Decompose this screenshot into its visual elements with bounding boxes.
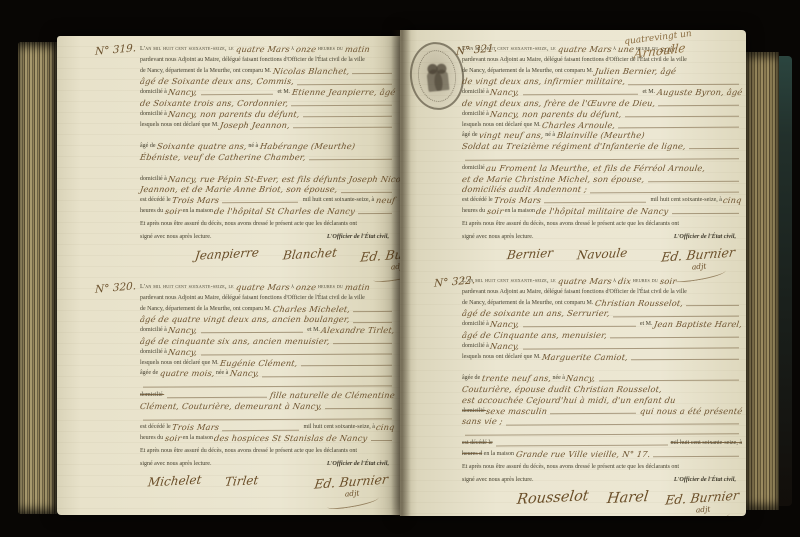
printed-text: L'an mil huit cent soixante-seize, le [140,282,236,293]
handwritten-text: Nancy, rue Pépin St-Ever, est fils défun… [168,174,400,185]
witness-signature: Michelet [147,472,202,489]
blank-rule [293,126,392,129]
printed-text: née à [551,373,567,384]
printed-text: est décédé le [140,195,172,206]
blank-rule [465,158,739,161]
handwritten-text: matin [344,44,370,55]
right-page: quatrevingt un Arnoulle N° 321.L'an mil … [400,30,746,516]
form-line: pardevant nous Adjoint au Maire, délégué… [462,55,742,66]
form-line: domicilié à Nancy, et M. Etienne Jeanpie… [140,87,395,98]
blank-rule [523,325,636,328]
form-line [140,130,395,141]
blank-rule [291,104,392,107]
entry-body: L'an mil huit cent soixante-seize, le qu… [462,276,742,516]
officer-signature: Ed. Burnieradjt [360,244,400,282]
handwritten-text: Blainville (Meurthe) [556,130,645,141]
form-line: Clément, Couturière, demeurant à Nancy, [140,401,395,412]
handwritten-text: sans vie ; [461,416,503,427]
handwritten-text: est accouchée Cejourd'hui à midi, d'un e… [461,395,676,406]
form-line: heures du soir en la maison des hospices… [140,433,395,444]
form-line: âgé de Soixante deux ans, Commis, [140,76,395,87]
handwritten-text: âgé de Soixante deux ans, Commis, [139,76,295,87]
handwritten-text: Grande rue Ville vieille, N° 17. [515,449,651,460]
signature-row: RousselotHarelEd. Burnieradjt [462,490,742,516]
signature-row: MicheletTirletEd. Burnieradjt [140,474,395,507]
handwritten-text: au Froment la Meurthe, et fils de Férréo… [485,163,706,174]
blank-rule [672,212,739,214]
handwritten-text: neuf [375,195,396,206]
handwritten-text: de l'hôpital militaire de Nancy [536,206,670,217]
form-line: heures d en la maison Grande rue Ville v… [462,449,742,460]
printed-text: domicilié à [462,341,490,352]
printed-text: née à [214,368,230,379]
printed-text: pardevant nous Adjoint au Maire, délégué… [140,55,365,66]
handwritten-text: soir [164,433,182,444]
printed-text: domicilié [462,163,486,174]
handwritten-text: Trois Mars [493,195,542,206]
form-line: âgée de trente neuf ans, née à Nancy, [462,373,742,384]
printed-text: heures du [140,433,165,444]
blank-rule [201,331,303,334]
form-line: domicilié sexe masculinqui nous a été pr… [462,406,742,417]
printed-text: domicilié à [140,174,168,185]
printed-text: heures du [140,206,165,217]
blank-rule [297,82,392,84]
closing-row: signé avec nous après lecture.L'Officier… [462,230,742,242]
blank-rule [653,455,739,457]
blank-rule [262,374,392,377]
printed-text: pardevant nous Adjoint au Maire, délégué… [462,287,687,298]
handwritten-text: onze [295,44,317,55]
witness-signature: Navoule [576,245,628,262]
entry-number: N° 320. [95,280,136,296]
form-line: âgé de cinquante six ans, ancien menuisi… [140,336,395,347]
printed-text: heure du [634,44,660,55]
blank-rule [303,115,392,117]
blank-rule [325,407,392,409]
form-line: domicilié à Nancy, [140,347,395,358]
handwritten-text: Alexandre Tirlet, [321,325,396,336]
closing-text: Et après nous être assuré du décès, nous… [140,446,395,456]
handwritten-text: quatre Mars [235,282,290,293]
handwritten-text: quatre Mars [235,44,290,55]
printed-text: L'an mil huit cent soixante-seize, le [462,276,558,287]
printed-text: domicilié [140,390,164,401]
form-line: et de Marie Christine Michel, son épouse… [462,174,742,185]
form-line: L'an mil huit cent soixante-seize, le qu… [462,276,742,287]
handwritten-text: soir [659,276,677,287]
form-line: de Nancy, département de la Meurthe, ont… [140,304,395,315]
printed-text: pardevant nous Adjoint au Maire, délégué… [462,55,687,66]
witness-signature: Bernier [506,245,554,262]
handwritten-text: soir [486,206,504,217]
printed-text: et M. [276,87,292,98]
closing-row: signé avec nous après lecture.L'Officier… [140,457,395,469]
blank-rule [341,191,392,193]
handwritten-text: Nancy, [168,347,199,358]
printed-text: L'an mil huit cent soixante-seize, le [140,44,236,55]
form-line: domicilié à Nancy, et M. Jean Baptiste H… [462,319,742,330]
printed-text: en la maison [503,206,536,217]
signature-row: BernierNavouleEd. Burnieradjt [462,247,742,280]
form-line: âgé de quatre vingt deux ans, ancien bou… [140,314,395,325]
handwritten-text: Nicolas Blanchet, [272,66,350,77]
page-edges-right [746,52,779,510]
printed-text: domicilié à [140,87,168,98]
handwritten-text: Nancy, non parents du défunt, [490,109,623,120]
blank-rule [201,353,392,356]
handwritten-text: âgé de cinquante six ans, ancien menuisi… [139,336,330,347]
printed-text: est décédé le [462,438,493,449]
printed-text: lesquels nous ont déclaré que M. [140,120,220,131]
blank-rule [496,444,668,447]
printed-text: en la maison [482,449,515,460]
blank-rule [689,147,739,149]
handwritten-text: Jeannon, et de Marie Anne Briot, son épo… [139,184,338,195]
form-line: de Nancy, département de la Meurthe, ont… [462,66,742,77]
handwritten-text: quatre Mars [557,44,612,55]
handwritten-text: cinq [723,195,743,206]
blank-rule [648,180,739,182]
closing-text: signé avec nous après lecture. [140,232,211,242]
form-line [140,379,395,390]
printed-text: est décédé le [462,195,494,206]
handwritten-text: onze [295,282,317,293]
closing-text: signé avec nous après lecture. [462,475,533,485]
handwritten-text: de Soixante trois ans, Cordonnier, [139,98,289,109]
handwritten-text: Soldat au Treizième régiment d'Infanteri… [461,141,686,152]
handwritten-text: matin [344,282,370,293]
form-line: de vingt deux ans, frère de l'Œuvre de D… [462,98,742,109]
handwritten-text: Soixante quatre ans, [156,141,247,152]
form-line: de Nancy, département de la Meurthe, ont… [140,66,395,77]
handwritten-text: Etienne Jeanpierre, âgé [291,87,396,98]
officer-signature: Ed. Burnieradjt [665,487,741,516]
death-record-entry-320: N° 320.L'an mil huit cent soixante-seize… [95,282,395,507]
blank-rule [625,115,739,118]
book-cover-edge [779,56,792,506]
form-line [140,412,395,423]
printed-text: domicilié à [140,325,168,336]
form-line: lesquels nous ont déclaré que M. Charles… [462,120,742,131]
form-line: âgé de Cinquante ans, menuisier, [462,330,742,341]
officer-label: L'Officier de l'État civil, [327,233,389,240]
form-line [140,163,395,174]
blank-rule [352,72,392,74]
handwritten-text: une [617,44,635,55]
handwritten-text: âgé de quatre vingt deux ans, ancien bou… [139,314,350,325]
form-line: de vingt deux ans, infirmier militaire, [462,76,742,87]
form-line: âgé de Soixante quatre ans, né à Habéran… [140,141,395,152]
handwritten-text: Nancy, [168,325,199,336]
blank-rule [333,342,392,344]
printed-text: âgée de [140,368,160,379]
handwritten-text: et de Marie Christine Michel, son épouse… [461,174,645,185]
printed-text: domicilié à [140,347,168,358]
blank-rule [506,422,739,425]
form-line [462,427,742,438]
form-line: domicilié à Nancy, et M. Auguste Byron, … [462,87,742,98]
blank-rule [613,314,739,317]
handwritten-text: Clément, Couturière, demeurant à Nancy, [139,401,323,412]
blank-rule [167,396,267,399]
form-line: domicilié fille naturelle de Clémentine [140,390,395,401]
form-line: domicilié à Nancy, non parents du défunt… [462,109,742,120]
handwritten-text: Joseph Jeannon, [219,120,290,131]
handwritten-text: Charles Michelet, [272,304,351,315]
printed-text: âgée de [462,373,482,384]
handwritten-text: trente neuf ans, [481,373,552,384]
blank-rule [631,358,739,361]
handwritten-text: Marguerite Camiot, [541,352,628,363]
blank-rule [686,304,739,306]
form-line: pardevant nous Adjoint au Maire, délégué… [140,55,395,66]
form-line: lesquels nous ont déclaré que M. Eugénie… [140,358,395,369]
form-line: L'an mil huit cent soixante-seize, le qu… [140,44,395,55]
form-line: sans vie ; [462,416,742,427]
handwritten-text: Christian Rousselot, [594,298,684,309]
handwritten-text: âgé de Cinquante ans, menuisier, [461,330,608,341]
handwritten-text: de l'hôpital St Charles de Nancy [214,206,356,217]
handwritten-text: Nancy, [566,373,597,384]
handwritten-text: Nancy, [490,87,521,98]
printed-text: de Nancy, département de la Meurthe, ont… [462,66,595,77]
officer-signature: Ed. Burnieradjt [314,471,390,509]
handwritten-text: Ébéniste, veuf de Catherine Chamber, [139,152,306,163]
blank-rule [544,201,646,204]
blank-rule [590,190,739,193]
handwritten-text: Nancy, non parents du défunt, [168,109,301,120]
entry-body: L'an mil huit cent soixante-seize, le qu… [462,44,742,280]
printed-text: lesquels nous ont déclaré que M. [140,358,220,369]
handwritten-text: de vingt deux ans, infirmier militaire, [461,76,626,87]
printed-text: domicilié à [462,87,490,98]
handwritten-text: Nancy, [490,319,521,330]
printed-text: lesquels nous ont déclaré que M. [462,352,542,363]
handwritten-text: quatre Mars [557,276,612,287]
blank-rule [628,82,739,85]
form-line: est décédé le Trois Mars mil huit cent s… [462,195,742,206]
blank-rule [610,336,739,339]
closing-text: Et après nous être assuré du décès, nous… [140,219,395,229]
form-line: lesquels nous ont déclaré que M. Joseph … [140,120,395,131]
blank-rule [465,433,739,436]
handwritten-text: Trois Mars [171,422,220,433]
form-line: pardevant nous Adjoint au Maire, délégué… [462,287,742,298]
form-line: âgé de vingt neuf ans, né à Blainville (… [462,130,742,141]
entry-number: N° 319. [95,42,136,58]
printed-text: lesquels nous ont déclaré que M. [462,120,542,131]
printed-text: domicilié à [462,109,490,120]
form-line: est décédé le Trois Mars mil huit cent s… [140,422,395,433]
printed-text: heures du [631,276,660,287]
closing-text: Et après nous être assuré du décès, nous… [462,462,742,472]
death-record-entry-319: N° 319.L'an mil huit cent soixante-seize… [95,44,395,280]
form-line: de Nancy, département de la Meurthe, ont… [462,298,742,309]
printed-text: mil huit cent soixante-seize, à [671,438,742,449]
handwritten-text: soir [164,206,182,217]
closing-text: signé avec nous après lecture. [462,232,533,242]
printed-text: domicilié à [140,109,168,120]
printed-text: mil huit cent soixante-seize, à [301,195,375,206]
form-line: domicilié à Nancy, rue Pépin St-Ever, es… [140,174,395,185]
form-line: est décédé lemil huit cent soixante-seiz… [462,438,742,449]
handwritten-text: Auguste Byron, âgé [656,87,743,98]
form-line: domicilié à Nancy, [462,341,742,352]
printed-text: heures d [462,449,482,460]
blank-rule [523,93,638,96]
blank-rule [371,439,392,441]
closing-row: signé avec nous après lecture.L'Officier… [462,473,742,485]
form-line: est décédé le Trois Mars mil huit cent s… [140,195,395,206]
handwritten-text: Nancy, [490,341,521,352]
form-line: domiciliés audit Andennont ; [462,184,742,195]
form-line: domicilié au Froment la Meurthe, et fils… [462,163,742,174]
handwritten-text: de vingt deux ans, frère de l'Œuvre de D… [461,98,656,109]
blank-rule [550,412,636,414]
printed-text: de Nancy, département de la Meurthe, ont… [140,304,273,315]
printed-text: mil huit cent soixante-seize, à [649,195,723,206]
witness-signature: Blanchet [282,245,338,262]
printed-text: de Nancy, département de la Meurthe, ont… [462,298,595,309]
form-line: Ébéniste, veuf de Catherine Chamber, [140,152,395,163]
handwritten-text: des hospices St Stanislas de Nancy [214,433,369,444]
form-line: domicilié à Nancy, non parents du défunt… [140,109,395,120]
register-book-scan: N° 319.L'an mil huit cent soixante-seize… [0,0,800,537]
printed-text: et M. [306,325,322,336]
blank-rule [353,321,392,323]
form-line: pardevant nous Adjoint au Maire, délégué… [140,293,395,304]
printed-text: âgé de [462,130,479,141]
entry-body: L'an mil huit cent soixante-seize, le qu… [140,44,395,280]
printed-text: pardevant nous Adjoint au Maire, délégué… [140,293,365,304]
form-line: lesquels nous ont déclaré que M. Marguer… [462,352,742,363]
blank-rule [222,201,298,203]
officer-label: L'Officier de l'État civil, [674,233,736,240]
printed-text: et M. [638,319,654,330]
blank-rule [201,93,273,95]
printed-text: heures du [316,282,345,293]
handwritten-text: Jean Baptiste Harel, [653,319,743,330]
death-record-entry-322: N° 322.L'an mil huit cent soixante-seize… [430,276,742,516]
closing-text: signé avec nous après lecture. [140,459,211,469]
officer-signature-name: Ed. Burnier [359,244,400,264]
handwritten-text: dix [617,276,632,287]
blank-rule [523,347,739,350]
printed-text: né à [247,141,260,152]
printed-text: heures du [316,44,345,55]
handwritten-text: Nancy, [229,368,260,379]
handwritten-text: Charles Arnoule, [541,120,616,131]
form-line [462,362,742,373]
death-record-entry-321: N° 321.L'an mil huit cent soixante-seize… [430,44,742,280]
handwritten-text: âgé de soixante un ans, Serrurier, [461,308,610,319]
handwritten-text: sexe masculin [485,406,548,417]
printed-text: en la maison [181,433,214,444]
handwritten-text: vingt neuf ans, [478,130,544,141]
handwritten-text: Nancy, [168,87,199,98]
blank-rule [599,379,739,382]
blank-rule [353,310,392,312]
form-line: de Soixante trois ans, Cordonnier, [140,98,395,109]
form-line [462,152,742,163]
printed-text: heures du [462,206,487,217]
signature-row: JeanpierreBlanchetEd. Burnieradjt [140,247,395,280]
blank-rule [222,428,299,430]
handwritten-text: fille naturelle de Clémentine [269,390,395,401]
officer-label: L'Officier de l'État civil, [327,460,389,467]
handwritten-text: Trois Mars [171,195,220,206]
printed-text: en la maison [181,206,214,217]
blank-rule [143,385,392,388]
printed-text: de Nancy, département de la Meurthe, ont… [140,66,273,77]
form-line: L'an mil huit cent soixante-seize, le qu… [140,282,395,293]
printed-text: domicilié à [462,319,490,330]
printed-text: mil huit cent soixante-seize, à [302,422,376,433]
form-line: Couturière, épouse dudit Christian Rouss… [462,384,742,395]
closing-text: Et après nous être assuré du décès, nous… [462,219,742,229]
witness-signature: Rousselot [516,488,590,508]
form-line: Jeannon, et de Marie Anne Briot, son épo… [140,184,395,195]
entry-body: L'an mil huit cent soixante-seize, le qu… [140,282,395,507]
form-line: âgé de soixante un ans, Serrurier, [462,308,742,319]
handwritten-text: Habérange (Meurthe) [259,141,356,152]
blank-rule [309,158,392,160]
blank-rule [143,417,392,420]
page-edges-left [18,42,57,514]
blank-rule [618,126,739,129]
officer-label: L'Officier de l'État civil, [674,476,736,483]
handwritten-text: Eugénie Clément, [219,358,298,369]
blank-rule [358,212,392,214]
printed-text: âgé de [140,141,157,152]
closing-row: signé avec nous après lecture.L'Officier… [140,230,395,242]
form-line: L'an mil huit cent soixante-seize, le qu… [462,44,742,55]
printed-text: domicilié [462,406,486,417]
printed-text: né à [544,130,557,141]
form-line: heures du soir en la maison de l'hôpital… [462,206,742,217]
printed-text: est décédé le [140,422,172,433]
handwritten-text: Julien Bernier, âgé [594,66,677,77]
form-line: est accouchée Cejourd'hui à midi, d'un e… [462,395,742,406]
form-line: âgée de quatre mois, née à Nancy, [140,368,395,379]
form-line: Soldat au Treizième régiment d'Infanteri… [462,141,742,152]
handwritten-text: cinq [376,422,396,433]
blank-rule [658,104,739,106]
witness-signature: Jeanpierre [194,245,260,262]
handwritten-text: quatre mois, [159,368,215,379]
form-line: domicilié à Nancy, et M. Alexandre Tirle… [140,325,395,336]
witness-signature: Harel [606,488,649,506]
handwritten-text: soir [659,44,677,55]
blank-rule [301,364,392,366]
handwritten-text: qui nous a été présenté [639,406,743,417]
witness-signature: Tirlet [225,473,260,489]
form-line: heures du soir en la maison de l'hôpital… [140,206,395,217]
handwritten-text: Couturière, épouse dudit Christian Rouss… [461,384,662,395]
printed-text: et M. [641,87,657,98]
left-page: N° 319.L'an mil huit cent soixante-seize… [57,36,400,515]
handwritten-text: domiciliés audit Andennont ; [461,184,588,195]
